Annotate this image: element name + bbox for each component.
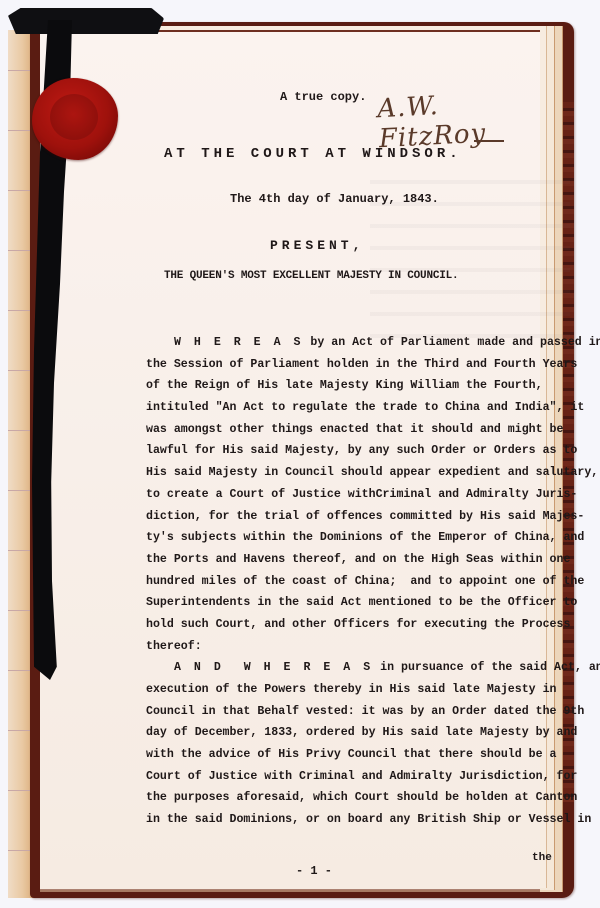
document-page: A true copy. A.W. FitzRoy AT THE COURT A… (40, 30, 540, 890)
paragraph-2-line: Council in that Behalf vested: it was by… (146, 701, 586, 723)
paragraph-2-line: Court of Justice with Criminal and Admir… (146, 766, 586, 788)
paragraph-2-line: A N D W H E R E A S in pursuance of the … (146, 657, 586, 679)
paragraph-2-line: in the said Dominions, or on board any B… (146, 809, 586, 831)
paragraph-1-line: thereof: (146, 636, 586, 658)
present-heading: PRESENT, (270, 238, 364, 253)
paragraph-1-line: was amongst other things enacted that it… (146, 419, 586, 441)
book-photo: A true copy. A.W. FitzRoy AT THE COURT A… (0, 0, 600, 908)
council-line: THE QUEEN'S MOST EXCELLENT MAJESTY IN CO… (164, 270, 458, 282)
paragraph-1-line: of the Reign of His late Majesty King Wi… (146, 375, 586, 397)
paragraph-1-line: intituled "An Act to regulate the trade … (146, 397, 586, 419)
paragraph-1-line: W H E R E A S by an Act of Parliament ma… (146, 332, 586, 354)
signature-underline (474, 140, 504, 142)
date-line: The 4th day of January, 1843. (230, 192, 439, 206)
paragraph-1-line: the Session of Parliament holden in the … (146, 354, 586, 376)
red-wax-seal (32, 78, 118, 160)
paragraph-1-line: Superintendents in the said Act mentione… (146, 592, 586, 614)
handwritten-signature: A.W. FitzRoy (377, 86, 542, 154)
paragraph-2-line: day of December, 1833, ordered by His sa… (146, 722, 586, 744)
true-copy-note: A true copy. (280, 90, 366, 104)
paragraph-1-line: hold such Court, and other Officers for … (146, 614, 586, 636)
paragraph-1-line: ty's subjects within the Dominions of th… (146, 527, 586, 549)
whereas-lead: W H E R E A S (174, 336, 303, 349)
and-whereas-lead: A N D W H E R E A S (174, 661, 373, 674)
paragraph-1-line: the Ports and Havens thereof, and on the… (146, 549, 586, 571)
paragraph-1-line: diction, for the trial of offences commi… (146, 506, 586, 528)
paragraph-2-line: execution of the Powers thereby in His s… (146, 679, 586, 701)
paragraph-2-line: the purposes aforesaid, which Court shou… (146, 787, 586, 809)
page-number: - 1 - (296, 864, 332, 878)
court-heading: AT THE COURT AT WINDSOR. (164, 146, 462, 162)
ribbon-bow (8, 8, 164, 34)
paragraph-1-line: to create a Court of Justice withCrimina… (146, 484, 586, 506)
seal-impression (50, 94, 98, 140)
paragraph-2-line: with the advice of His Privy Council tha… (146, 744, 586, 766)
paragraph-1-line: hundred miles of the coast of China; and… (146, 571, 586, 593)
order-body-text: W H E R E A S by an Act of Parliament ma… (146, 332, 586, 831)
paragraph-1-line: lawful for His said Majesty, by any such… (146, 440, 586, 462)
paragraph-1-line: His said Majesty in Council should appea… (146, 462, 586, 484)
catchword: the (532, 852, 552, 864)
